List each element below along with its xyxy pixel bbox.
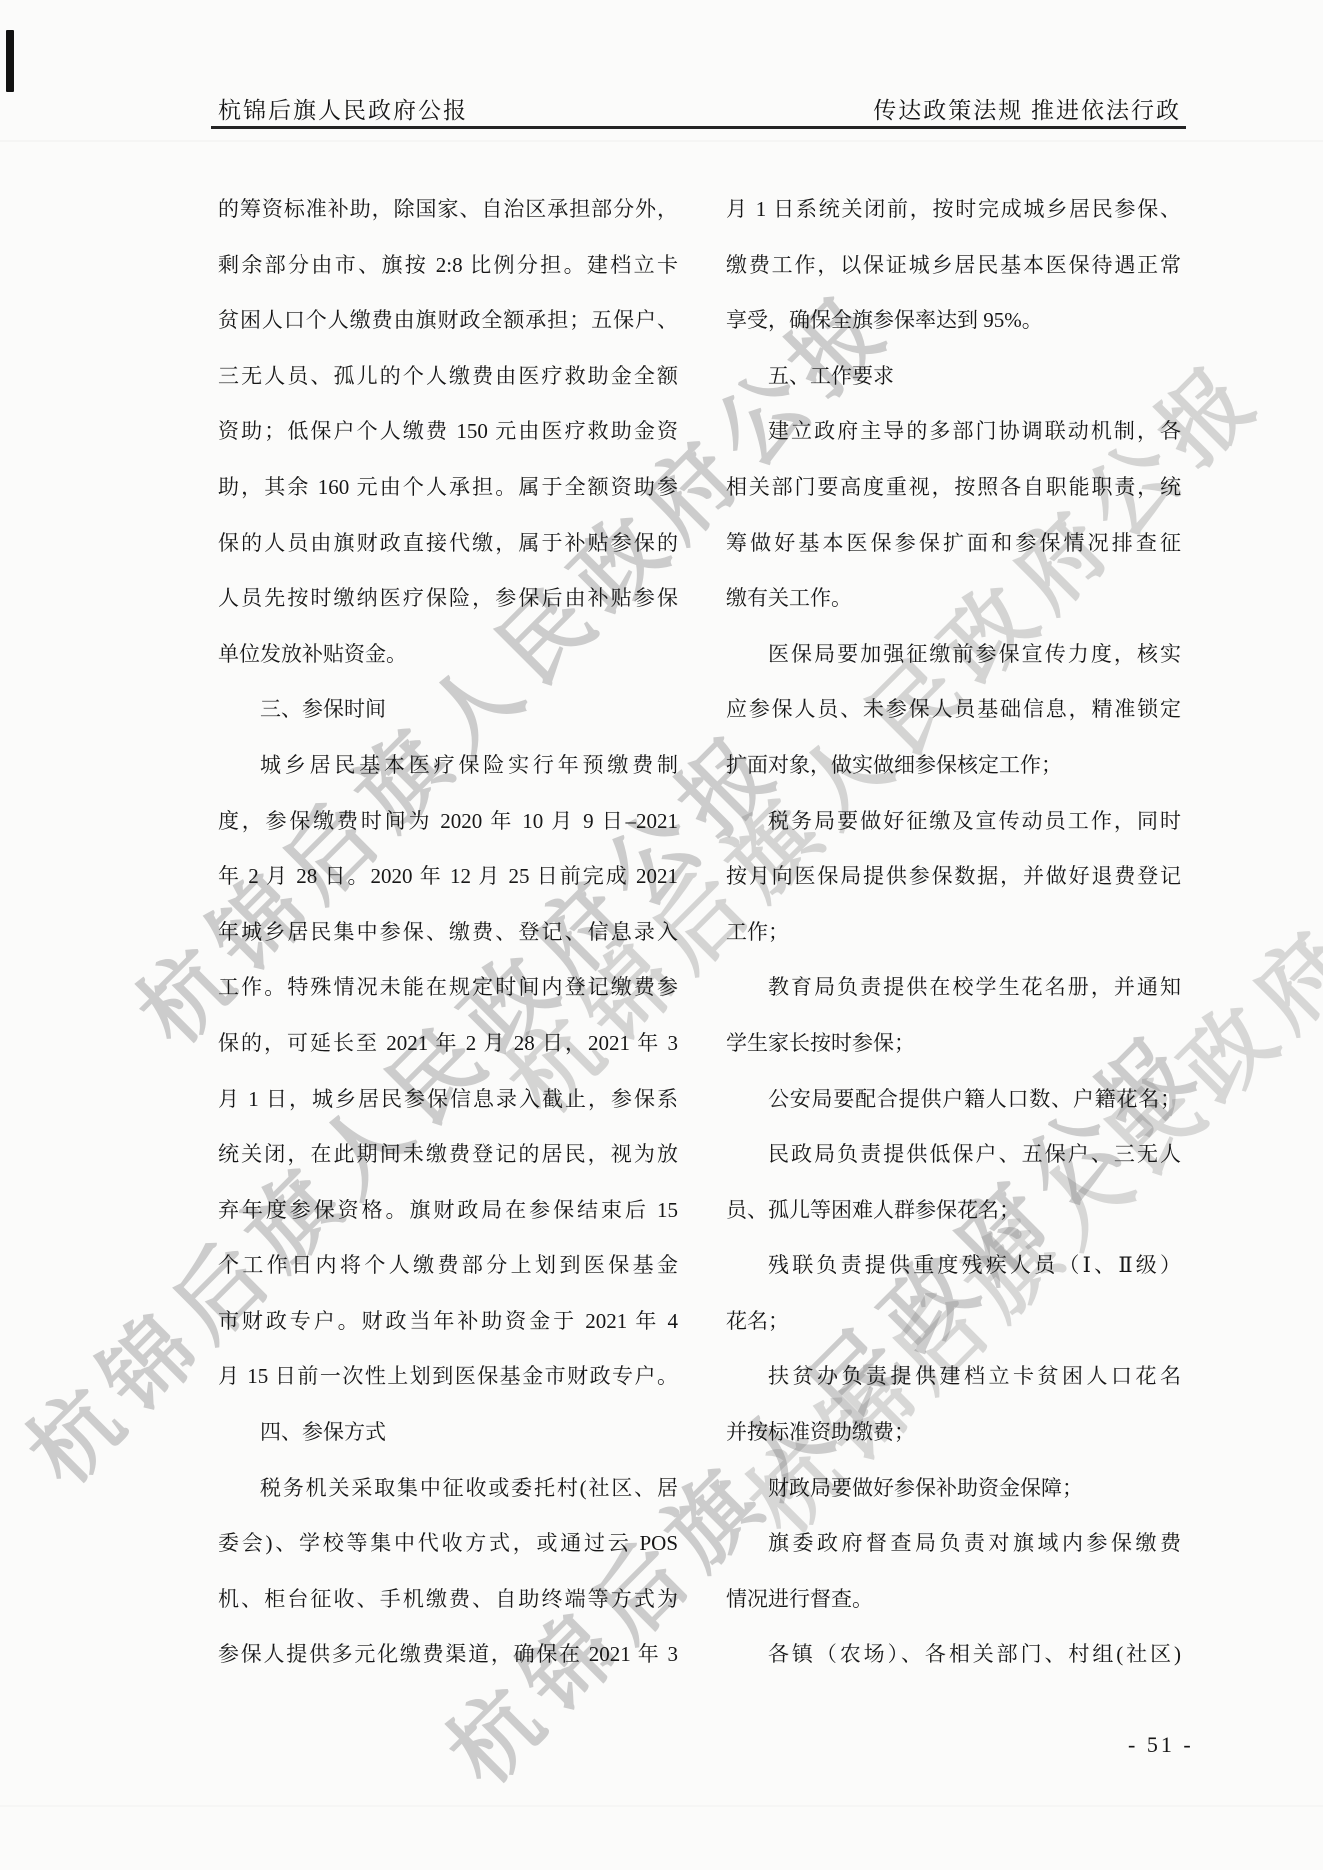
text-line: 弃年度参保资格。旗财政局在参保结束后 15 [218,1183,678,1239]
text-line: 的筹资标准补助，除国家、自治区承担部分外， [218,182,678,238]
text-line: 扩面对象，做实做细参保核定工作； [726,738,1181,794]
text-line: 市财政专户。财政当年补助资金于 2021 年 4 [218,1294,678,1350]
text-line: 财政局要做好参保补助资金保障； [726,1461,1181,1517]
text-line: 月 1 日系统关闭前，按时完成城乡居民参保、 [726,182,1181,238]
section-heading: 五、工作要求 [726,349,1181,405]
column-left: 的筹资标准补助，除国家、自治区承担部分外， 剩余部分由市、旗按 2:8 比例分担… [218,182,678,1683]
text-line: 学生家长按时参保； [726,1016,1181,1072]
text-line: 单位发放补贴资金。 [218,627,678,683]
text-line: 情况进行督查。 [726,1572,1181,1628]
header-right-title: 传达政策法规 推进依法行政 [873,92,1181,125]
text-line: 各镇（农场）、各相关部门、村组(社区) [726,1627,1181,1683]
document-page: 杭锦后旗人民政府公报 杭锦后旗人民政府公报 杭锦后旗人民政府公报 杭锦后旗人民政… [0,0,1323,1870]
text-line: 资助；低保户个人缴费 150 元由医疗救助金资 [218,404,678,460]
text-line: 机、柜台征收、手机缴费、自助终端等方式为 [218,1572,678,1628]
page-number: - 51 - [1128,1732,1194,1758]
text-line: 三无人员、孤儿的个人缴费由医疗救助金全额 [218,349,678,405]
text-line: 残联负责提供重度残疾人员（Ⅰ、Ⅱ级） [726,1238,1181,1294]
text-line: 个工作日内将个人缴费部分上划到医保基金 [218,1238,678,1294]
text-line: 建立政府主导的多部门协调联动机制，各 [726,404,1181,460]
text-line: 员、孤儿等困难人群参保花名； [726,1183,1181,1239]
text-line: 贫困人口个人缴费由旗财政全额承担；五保户、 [218,293,678,349]
text-line: 委会)、学校等集中代收方式，或通过云 POS [218,1516,678,1572]
text-line: 工作； [726,905,1181,961]
text-line: 相关部门要高度重视，按照各自职能职责，统 [726,460,1181,516]
text-line: 应参保人员、未参保人员基础信息，精准锁定 [726,682,1181,738]
text-line: 扶贫办负责提供建档立卡贫困人口花名 [726,1349,1181,1405]
text-line: 月 1 日，城乡居民参保信息录入截止，参保系 [218,1072,678,1128]
text-line: 民政局负责提供低保户、五保户、三无人 [726,1127,1181,1183]
text-line: 剩余部分由市、旗按 2:8 比例分担。建档立卡 [218,238,678,294]
text-line: 年 2 月 28 日。2020 年 12 月 25 日前完成 2021 [218,849,678,905]
text-line: 人员先按时缴纳医疗保险，参保后由补贴参保 [218,571,678,627]
text-line: 月 15 日前一次性上划到医保基金市财政专户。 [218,1349,678,1405]
text-line: 统关闭，在此期间未缴费登记的居民，视为放 [218,1127,678,1183]
text-line: 保的人员由旗财政直接代缴，属于补贴参保的 [218,516,678,572]
header-left-title: 杭锦后旗人民政府公报 [218,92,468,125]
text-line: 缴有关工作。 [726,571,1181,627]
scan-artifact [6,30,14,92]
text-line: 花名； [726,1294,1181,1350]
header-rule [211,126,1186,129]
text-line: 并按标准资助缴费； [726,1405,1181,1461]
text-line: 公安局要配合提供户籍人口数、户籍花名； [726,1072,1181,1128]
text-line: 医保局要加强征缴前参保宣传力度，核实 [726,627,1181,683]
text-line: 享受，确保全旗参保率达到 95%。 [726,293,1181,349]
section-heading: 四、参保方式 [218,1405,678,1461]
text-line: 参保人提供多元化缴费渠道，确保在 2021 年 3 [218,1627,678,1683]
text-line: 教育局负责提供在校学生花名册，并通知 [726,960,1181,1016]
text-line: 年城乡居民集中参保、缴费、登记、信息录入 [218,905,678,961]
text-line: 助，其余 160 元由个人承担。属于全额资助参 [218,460,678,516]
section-heading: 三、参保时间 [218,682,678,738]
text-line: 度，参保缴费时间为 2020 年 10 月 9 日–2021 [218,794,678,850]
text-line: 工作。特殊情况未能在规定时间内登记缴费参 [218,960,678,1016]
column-right: 月 1 日系统关闭前，按时完成城乡居民参保、 缴费工作，以保证城乡居民基本医保待… [726,182,1181,1683]
text-line: 城乡居民基本医疗保险实行年预缴费制 [218,738,678,794]
text-line: 按月向医保局提供参保数据，并做好退费登记 [726,849,1181,905]
text-line: 税务机关采取集中征收或委托村(社区、居 [218,1461,678,1517]
text-line: 保的，可延长至 2021 年 2 月 28 日，2021 年 3 [218,1016,678,1072]
text-line: 税务局要做好征缴及宣传动员工作，同时 [726,794,1181,850]
text-line: 筹做好基本医保参保扩面和参保情况排查征 [726,516,1181,572]
text-line: 缴费工作，以保证城乡居民基本医保待遇正常 [726,238,1181,294]
text-line: 旗委政府督查局负责对旗域内参保缴费 [726,1516,1181,1572]
